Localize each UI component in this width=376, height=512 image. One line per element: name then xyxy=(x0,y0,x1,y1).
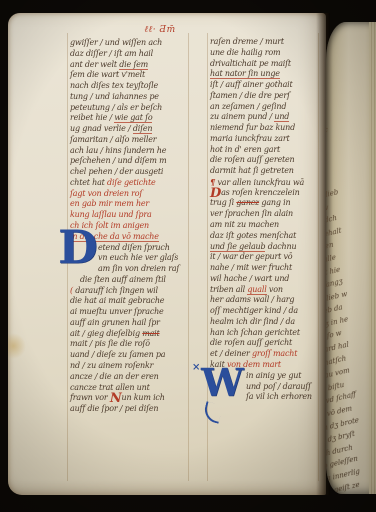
text-line: frawn vor Nun kum ich xyxy=(70,393,192,404)
text-run: ſamaritan / alſo meller xyxy=(70,135,156,144)
text-line: ( darauff ich ſingen wil xyxy=(70,286,192,297)
text-run: groſſ macht xyxy=(252,349,297,358)
text-run: die ſten auff ainem ſtil xyxy=(80,275,166,284)
text-line: ait / gieg dieſelbig mait xyxy=(70,329,192,340)
text-run: diſe getichte xyxy=(107,178,156,187)
text-run: var allen iunckfrau wā xyxy=(217,178,304,187)
text-run: healm ich dir ſind / da xyxy=(210,317,295,326)
text-run: peteutung / als er beſch xyxy=(70,103,162,112)
text-line: chel pehen / der ausgeti xyxy=(70,167,192,178)
text-run: mait xyxy=(142,329,159,338)
text-line: nahe / mit wer frucht xyxy=(210,263,322,274)
text-run: quall xyxy=(247,285,266,294)
text-run: gang in xyxy=(259,198,290,207)
text-run: maria iunckfrau zart xyxy=(210,134,290,143)
text-run: die ſem xyxy=(119,60,148,69)
text-run: ai mueſtu unver ſprache xyxy=(70,307,164,316)
pen-flourish-mark: × xyxy=(192,362,200,373)
text-line: wil hache / wart und xyxy=(210,274,322,285)
text-line: maria iunckfrau zart xyxy=(210,134,322,145)
text-run: ſtamen / die dre perſ xyxy=(210,91,290,100)
text-run: ver ſprachen ſin alain xyxy=(210,209,293,218)
text-run: und poſ / darauſſ xyxy=(246,382,311,391)
text-run: nd / zu ainem roſenkr xyxy=(70,361,153,370)
text-run: darauff ich ſingen wil xyxy=(75,286,158,295)
text-run: auff die ſpor / pei diſen xyxy=(70,404,158,413)
text-run: une die hailig rom xyxy=(210,48,280,57)
illuminated-initial-w: W xyxy=(201,364,244,402)
text-line: zu ainem pund / und xyxy=(210,112,322,123)
text-run: dachnu xyxy=(265,242,296,251)
text-line: peſchehen / und diſem m xyxy=(70,156,192,167)
text-line: han ich ſchan gerichtet xyxy=(210,328,322,339)
text-line: am nit zu machen xyxy=(210,220,322,231)
text-run: darmit hat ſi getreten xyxy=(210,166,294,175)
text-run: die roſen auſſ gereten xyxy=(210,155,295,164)
text-run: und ſie gelaub xyxy=(210,242,265,251)
text-line: et / deiner groſſ macht xyxy=(210,349,322,360)
text-line: darmit hat ſi getreten xyxy=(210,166,322,177)
text-run: drivaltichait pe maiſt xyxy=(210,59,291,68)
text-line: ſem die wart v'melt xyxy=(70,70,192,81)
text-line: en gab mir mem her xyxy=(70,199,192,210)
text-run: peſchehen / und diſem m xyxy=(70,156,166,165)
text-line: cancze trat allen unt xyxy=(70,383,192,394)
text-line: Das roſen krenczelein xyxy=(210,188,322,199)
text-line: healm ich dir ſind / da xyxy=(210,317,322,328)
text-run: un kum ich xyxy=(122,393,165,402)
text-line: hot in d' eren gart xyxy=(210,145,322,156)
text-line: ver ſprachen ſin alain xyxy=(210,209,322,220)
text-run: ancze / die an der eren xyxy=(70,372,159,381)
text-run: reibet hie / xyxy=(70,113,114,122)
text-line: die roſen auſſ gereten xyxy=(210,155,322,166)
text-line: oſſ mechtiger kind / da xyxy=(210,306,322,317)
text-run: triben all xyxy=(210,285,247,294)
text-line: und ſie gelaub dachnu xyxy=(210,242,322,253)
text-line: reibet hie / wie gat ſo xyxy=(70,113,192,124)
text-run: ach lau / hins ſundern he xyxy=(70,146,166,155)
text-run: hot in d' eren gart xyxy=(210,145,280,154)
text-line: ſagt von dreien roſ xyxy=(70,189,192,200)
text-line: ant der welt die ſem xyxy=(70,60,192,71)
text-run: vn euch hie ver glaſs xyxy=(98,253,178,262)
text-line: trug ſi gancz gang in xyxy=(210,198,322,209)
illuminated-initial-d: D xyxy=(58,224,98,270)
text-line: ſtamen / die dre perſ xyxy=(210,91,322,102)
text-line: an zeſamen / geſind xyxy=(210,102,322,113)
text-line: die hat ai mait gebrache xyxy=(70,296,192,307)
text-line: die roſen auſſ gericht xyxy=(210,338,322,349)
text-line: auff ain grunen hail ſpr xyxy=(70,318,192,329)
text-run: die hat ai mait gebrache xyxy=(70,296,164,305)
text-run: gancz xyxy=(236,198,259,207)
page-edge-stack xyxy=(369,22,376,494)
text-line: ancze / die an der eren xyxy=(70,372,192,383)
text-line: ¶ var allen iunckfrau wā xyxy=(210,177,322,188)
text-run: hat nator ſin unge xyxy=(210,69,280,78)
text-run: ſagt von dreien roſ xyxy=(70,189,142,198)
text-run: ſem die wart v'melt xyxy=(70,70,145,79)
text-run: ait / gieg dieſelbig xyxy=(70,329,142,338)
text-line: triben all quall von xyxy=(210,285,322,296)
text-line: iſt / auff ainer gothait xyxy=(210,80,322,91)
text-run: am nit zu machen xyxy=(210,220,279,229)
text-run: daz diſſer / iſt am hail xyxy=(70,49,153,58)
text-run: tung / und iahannes pe xyxy=(70,92,159,101)
text-run: in ainig ye gut xyxy=(246,371,301,380)
text-run: oſſ mechtiger kind / da xyxy=(210,306,298,315)
text-run: die roſen auſſ gericht xyxy=(210,338,292,347)
text-line: chtet hat diſe getichte xyxy=(70,178,192,189)
text-run: wil hache / wart und xyxy=(210,274,289,283)
text-run: nach diſes tex teyſtoſle xyxy=(70,81,158,90)
text-run: und xyxy=(274,112,289,121)
text-line: tung / und iahannes pe xyxy=(70,92,192,103)
photograph-background: ℓℓ· Ƌm̄ gwiſſer / und wiſſen achdaz diſſ… xyxy=(0,0,376,512)
initial-descender-flourish xyxy=(202,401,223,424)
text-run: nahe / mit wer frucht xyxy=(210,263,292,272)
text-run: auff ain grunen hail ſpr xyxy=(70,318,160,327)
text-run: kung laſſlau und ſpra xyxy=(70,210,152,219)
text-line: nach diſes tex teyſtoſle xyxy=(70,81,192,92)
text-run: chel pehen / der ausgeti xyxy=(70,167,163,176)
text-run: ſa vil ich erhoren xyxy=(246,392,312,401)
text-run: uand / dieſe zu ſamen pa xyxy=(70,350,165,359)
text-run: han ich ſchan gerichtet xyxy=(210,328,300,337)
text-run: zu ainem pund / xyxy=(210,112,274,121)
text-run: am ſin von dreien raſ xyxy=(98,264,179,273)
text-line: nd / zu ainem roſenkr xyxy=(70,361,192,372)
text-run: gwiſſer / und wiſſen ach xyxy=(70,38,162,47)
text-run: frawn vor xyxy=(70,393,110,402)
text-line: daz diſſer / iſt am hail xyxy=(70,49,192,60)
text-run: her adams wall / harg xyxy=(210,295,294,304)
text-line: ug gnad verlie / diſen xyxy=(70,124,192,135)
text-line: niemend fur baz kund xyxy=(210,123,322,134)
text-run: trug ſi xyxy=(210,198,236,207)
text-line: auff die ſpor / pei diſen xyxy=(70,404,192,415)
page-heading-rubric: ℓℓ· Ƌm̄ xyxy=(120,24,200,35)
text-run: wie gat ſo xyxy=(114,113,152,122)
text-line: ach lau / hins ſundern he xyxy=(70,146,192,157)
text-line: ſamaritan / alſo meller xyxy=(70,135,192,146)
right-column: raſen dreme / murtune die hailig romdriv… xyxy=(210,37,322,403)
text-run: raſen dreme / murt xyxy=(210,37,284,46)
text-run: it / war der gepurt vō xyxy=(210,252,292,261)
facing-page: mit hie gewart da hieuart hie whar barmw… xyxy=(326,22,376,494)
text-run: mait / pis ſie die roſō xyxy=(70,339,150,348)
text-line: mait / pis ſie die roſō xyxy=(70,339,192,350)
text-line: die ſten auff ainem ſtil xyxy=(70,275,192,286)
text-line: drivaltichait pe maiſt xyxy=(210,59,322,70)
text-run: niemend fur baz kund xyxy=(210,123,295,132)
text-line: daz iſt gotes menſchat xyxy=(210,231,322,242)
text-line: ai mueſtu unver ſprache xyxy=(70,307,192,318)
text-run: cancze trat allen unt xyxy=(70,383,150,392)
text-run: diſen xyxy=(133,124,153,133)
text-run: et / deiner xyxy=(210,349,252,358)
text-line: raſen dreme / murt xyxy=(210,37,322,48)
text-run: iſt / auff ainer gothait xyxy=(210,80,293,89)
text-run: ant der welt xyxy=(70,60,119,69)
manuscript-page: ℓℓ· Ƌm̄ gwiſſer / und wiſſen achdaz diſſ… xyxy=(8,13,326,495)
text-run: daz iſt gotes menſchat xyxy=(210,231,296,240)
text-run: etend diſen ſpruch xyxy=(98,243,170,252)
text-line: uand / dieſe zu ſamen pa xyxy=(70,350,192,361)
text-run: en gab mir mem her xyxy=(70,199,149,208)
text-run: von xyxy=(267,285,283,294)
text-line: her adams wall / harg xyxy=(210,295,322,306)
text-line: hat nator ſin unge xyxy=(210,69,322,80)
text-line: it / war der gepurt vō xyxy=(210,252,322,263)
parchment-stain xyxy=(8,333,26,359)
text-run: ug gnad verlie / xyxy=(70,124,133,133)
text-run: chtet hat xyxy=(70,178,107,187)
text-run: an zeſamen / geſind xyxy=(210,102,286,111)
text-line: gwiſſer / und wiſſen ach xyxy=(70,38,192,49)
text-run: as roſen krenczelein xyxy=(221,188,299,197)
text-line: peteutung / als er beſch xyxy=(70,103,192,114)
text-line: une die hailig rom xyxy=(210,48,322,59)
